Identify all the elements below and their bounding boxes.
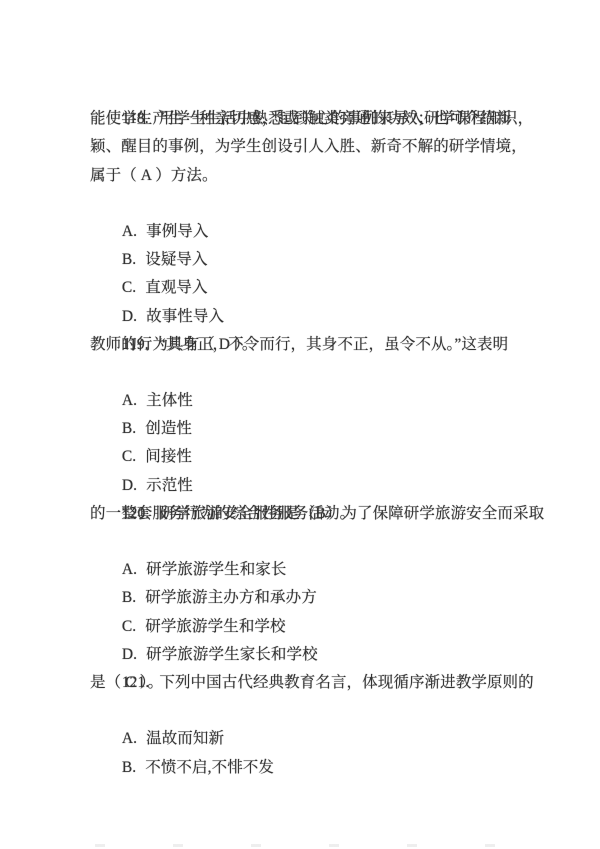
option-text: 不愤不启,不悱不发 [145, 759, 274, 776]
document-page: 118.用学生生活中熟悉或关心的事例来导入研学课程知识， 能使学生产生一种亲切感… [0, 0, 600, 849]
option-row-a: A.研学旅游学生和家长 [90, 528, 540, 556]
option-text: 事例导入 [146, 223, 208, 240]
option-text: 示范性 [146, 477, 193, 494]
option-label: B. [122, 415, 136, 443]
option-row-a: A.主体性 [90, 359, 540, 387]
question-stem-line: 能使学生产生一种亲切感，起到触类旁通的功效；也可介绍新 [90, 105, 540, 133]
option-text: 研学旅游主办方和承办方 [145, 589, 317, 606]
page-bottom-scan-artifact [95, 844, 545, 847]
option-text: 间接性 [145, 448, 192, 465]
option-label: B. [122, 754, 136, 782]
option-text: 研学旅游学生家长和学校 [146, 646, 318, 663]
option-text: 温故而知新 [146, 730, 224, 747]
option-text: 设疑导入 [145, 251, 207, 268]
question-list: 118.用学生生活中熟悉或关心的事例来导入研学课程知识， 能使学生产生一种亲切感… [90, 77, 540, 754]
question-stem-line: 颖、醒目的事例，为学生创设引人入胜、新奇不解的研学情境， [90, 133, 540, 161]
option-row-a: A.温故而知新 [90, 697, 540, 725]
option-label: D. [122, 641, 137, 669]
option-text: 研学旅游学生和学校 [145, 618, 285, 635]
option-text: 直观导入 [145, 279, 207, 296]
option-text: 故事性导入 [146, 308, 224, 325]
option-row-a: A.事例导入 [90, 190, 540, 218]
option-label: A. [122, 218, 137, 246]
question-118: 118.用学生生活中熟悉或关心的事例来导入研学课程知识， 能使学生产生一种亲切感… [90, 77, 540, 303]
option-text: 主体性 [146, 392, 193, 409]
question-stem-line: 属于（ A ）方法。 [90, 162, 540, 190]
option-label: C. [122, 443, 136, 471]
option-text: 研学旅游学生和家长 [146, 561, 286, 578]
option-label: D. [122, 303, 137, 331]
question-text: 下列中国古代经典教育名言，体现循序渐进教学原则的 [159, 674, 533, 691]
option-label: A. [122, 725, 137, 753]
option-text: 创造性 [145, 420, 192, 437]
option-label: A. [122, 387, 137, 415]
question-stem-line: 118.用学生生活中熟悉或关心的事例来导入研学课程知识， [90, 77, 540, 105]
option-label: A. [122, 556, 137, 584]
option-label: B. [122, 584, 136, 612]
option-label: B. [122, 246, 136, 274]
option-label: C. [122, 274, 136, 302]
option-label: D. [122, 472, 137, 500]
option-label: C. [122, 613, 136, 641]
